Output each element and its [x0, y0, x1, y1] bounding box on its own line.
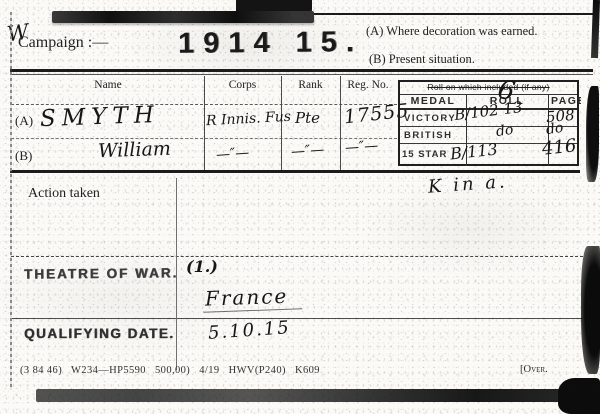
- row-a-rank: Pte: [295, 109, 320, 127]
- scan-artifact-right-top: [591, 0, 600, 58]
- medal-roll-strip: Roll on which included (if any): [400, 82, 577, 95]
- theatre-bottom-rule: [11, 318, 583, 319]
- star-page-value: 416: [541, 135, 577, 159]
- top-border-right: [305, 13, 593, 15]
- scan-artifact-smudge-bar: [52, 11, 314, 23]
- scan-artifact-right-low: [581, 246, 600, 374]
- page-col-header: PAGE: [548, 95, 581, 107]
- row-a-corps: R Innis. Fus: [206, 109, 292, 129]
- over-note: [Over.: [520, 364, 548, 375]
- action-taken-label: Action taken: [28, 186, 100, 202]
- campaign-bottom-rule: [10, 69, 593, 72]
- british-page-ditto: do: [545, 120, 564, 138]
- row-b-prefix: (B): [15, 148, 32, 164]
- campaign-stamp: 1914 15.: [178, 26, 363, 61]
- qualifying-date-label: QUALIFYING DATE.: [24, 326, 175, 341]
- campaign-label: Campaign :—: [18, 34, 108, 52]
- scan-artifact-right-mid: [586, 86, 599, 182]
- theatre-of-war-label: THEATRE OF WAR.: [24, 265, 178, 281]
- theatre-value: France: [203, 283, 303, 312]
- medal-row-star: 15 STAR: [402, 149, 447, 160]
- col-header-corps: Corps: [204, 79, 281, 91]
- star-roll-value: B/113: [449, 140, 498, 164]
- scan-artifact-bottom-right-blob: [558, 378, 600, 414]
- medal-index-card-scan: W Campaign :— 1914 15. (A) Where decorat…: [0, 0, 600, 414]
- note-present-situation: (B) Present situation.: [369, 52, 475, 67]
- british-roll-ditto: do: [495, 122, 514, 140]
- row-b-reg-ditto: —″—: [344, 138, 378, 156]
- col-header-name: Name: [12, 79, 204, 91]
- note-where-earned: (A) Where decoration was earned.: [366, 24, 538, 39]
- row-b-rank-ditto: —″—: [290, 142, 324, 160]
- medal-row-victory: VICTORY: [404, 113, 456, 124]
- qualifying-date-value: 5.10.15: [207, 317, 291, 344]
- footer-print-code: (3 84 46) W234—HP5590 500,00) 4/19 HWV(P…: [20, 365, 320, 376]
- row-b-name: William: [98, 138, 172, 163]
- scan-artifact-left-edge: [10, 12, 12, 390]
- row-b-corps-ditto: —″—: [215, 145, 249, 163]
- medal-roll-box: Roll on which included (if any) MEDAL RO…: [398, 80, 579, 166]
- row-a-prefix: (A): [15, 113, 33, 129]
- theatre-number: (1.): [186, 257, 218, 276]
- medal-row-british: BRITISH: [404, 130, 453, 141]
- action-taken-bottom-rule: [11, 256, 583, 257]
- col-header-rank: Rank: [281, 79, 340, 91]
- killed-in-action-annotation: K in a.: [427, 171, 508, 198]
- row-a-name: SMYTH: [40, 102, 161, 132]
- col-header-reg-no: Reg. No.: [340, 79, 396, 91]
- scan-artifact-bottom-bar: [36, 389, 600, 402]
